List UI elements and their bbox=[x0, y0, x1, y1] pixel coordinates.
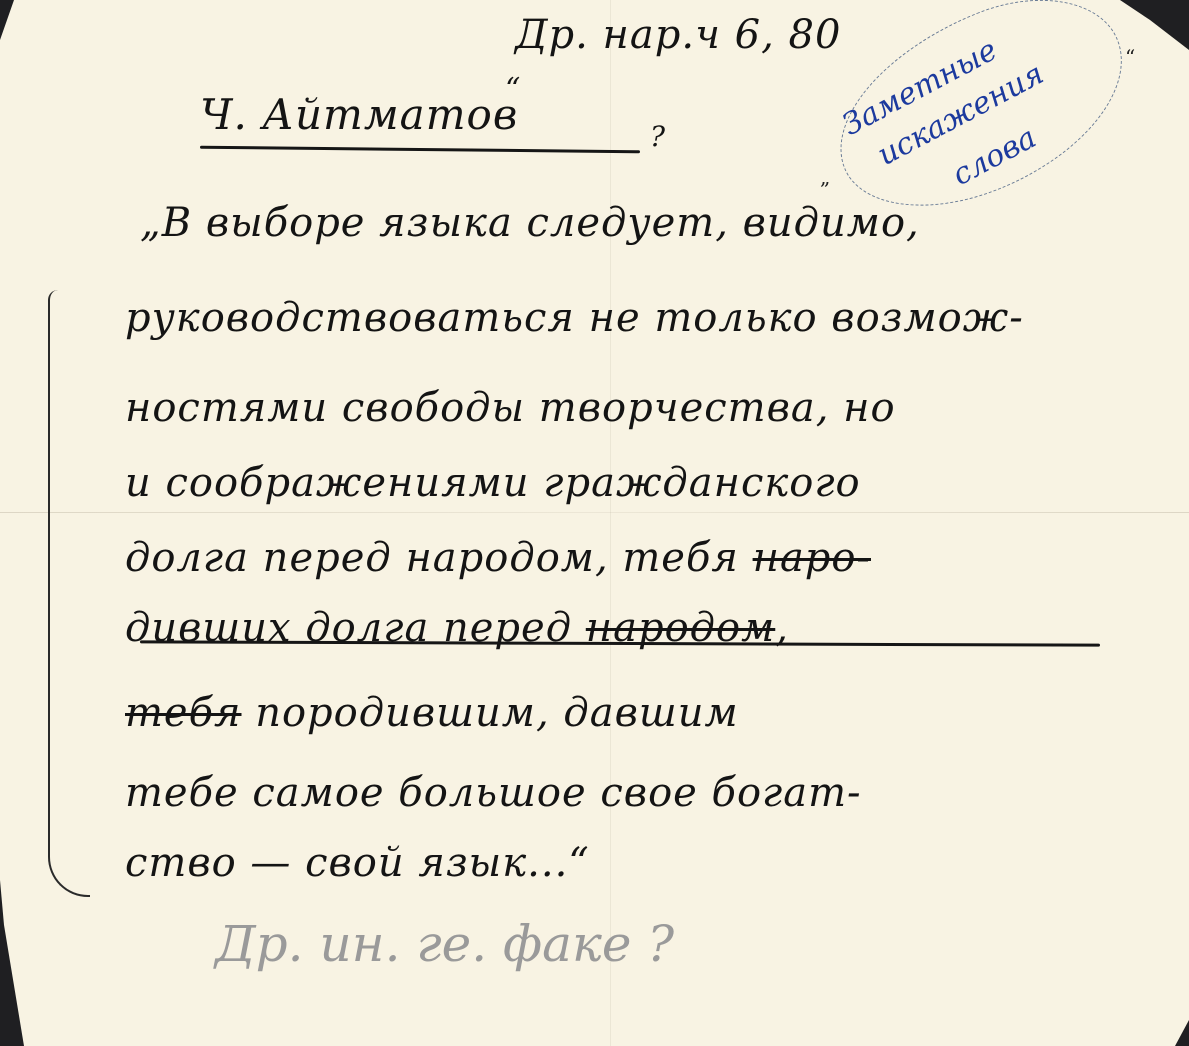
author-question-mark: ? bbox=[650, 120, 666, 153]
margin-bracket bbox=[48, 290, 90, 897]
paper-fold-horizontal bbox=[0, 512, 1189, 513]
manuscript-paper: Др. нар.ч 6, 80 “ Ч. Айтматов ? „ “ Заме… bbox=[0, 0, 1189, 1046]
quote-line: „В выборе языка следует, видимо, bbox=[140, 200, 920, 246]
quote-line: и соображениями гражданского bbox=[125, 460, 861, 506]
quote-line: долга перед народом, тебя наро- bbox=[125, 535, 871, 581]
quote-line: ство — свой язык...“ bbox=[125, 840, 590, 886]
quote-line: руководствоваться не только возмож- bbox=[125, 295, 1024, 341]
struck-text: тебя bbox=[125, 690, 242, 736]
author-name: Ч. Айтматов bbox=[200, 90, 518, 139]
margin-note-close-quote: “ bbox=[1125, 45, 1135, 69]
margin-note-open-quote: „ bbox=[820, 165, 830, 189]
pencil-note: Др. ин. ге. факе ? bbox=[215, 915, 674, 973]
quote-line: ностями свободы творчества, но bbox=[125, 385, 896, 431]
author-underline bbox=[200, 146, 640, 154]
source-reference: Др. нар.ч 6, 80 bbox=[515, 12, 841, 58]
quote-line: тебе самое большое свое богат- bbox=[125, 770, 862, 816]
struck-text: наро- bbox=[753, 535, 871, 581]
paper-fold-vertical bbox=[610, 0, 611, 1046]
quote-line: тебя породившим, давшим bbox=[125, 690, 739, 736]
